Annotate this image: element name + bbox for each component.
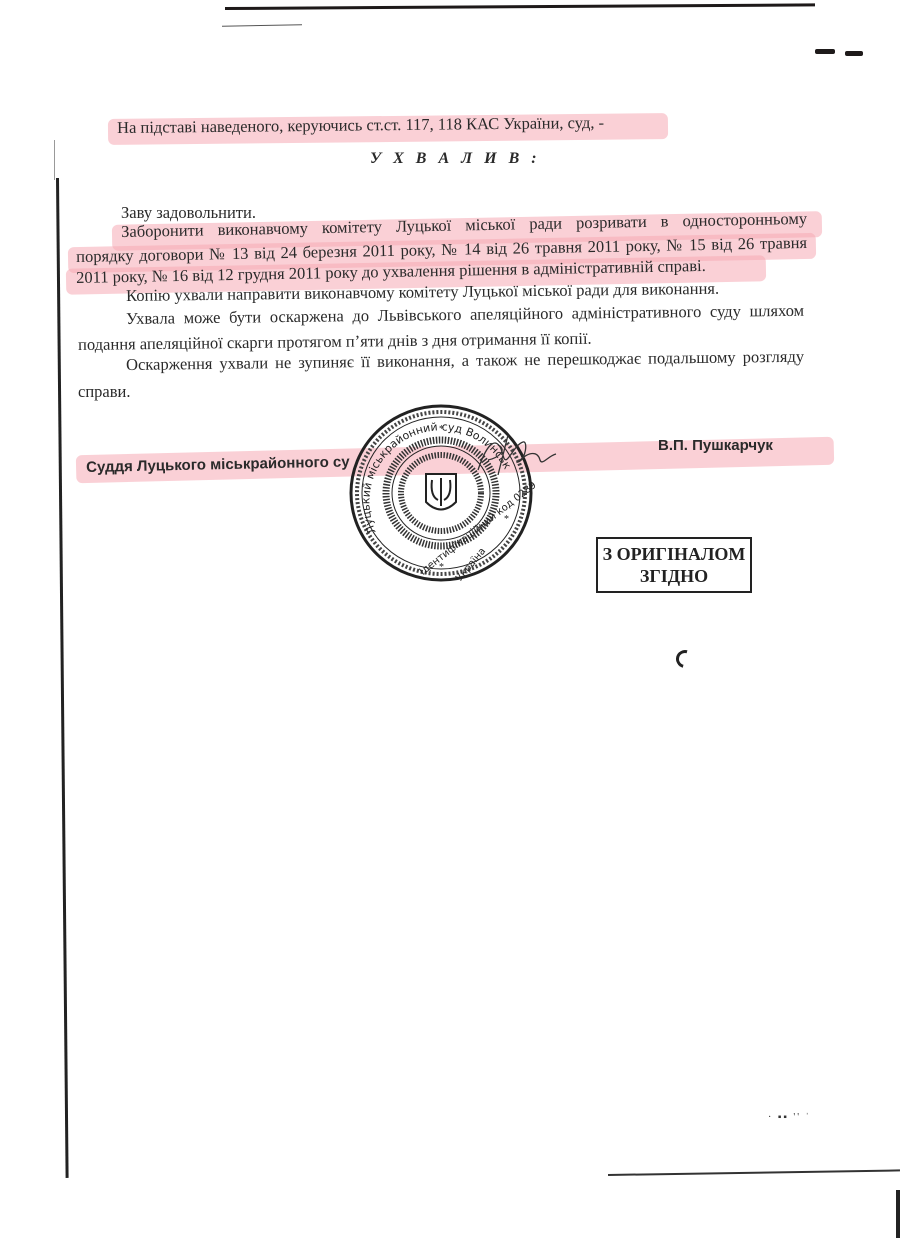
seal-country: Україна: [454, 546, 488, 584]
svg-text:*: *: [439, 562, 444, 573]
paragraph-5-line-2: справи.: [78, 382, 130, 402]
scan-specks: · ▪▪ '' ˈ: [768, 1112, 811, 1123]
svg-text:*: *: [439, 424, 444, 435]
scan-edge-top: [225, 3, 815, 10]
judge-name: В.П. Пушкарчук: [658, 436, 773, 456]
scan-mark: [845, 51, 863, 56]
certified-copy-stamp: З ОРИГІНАЛОМ ЗГІДНО: [596, 537, 752, 593]
svg-text:*: *: [504, 514, 509, 525]
scan-edge-top-left: [222, 24, 302, 26]
signature: [468, 430, 558, 480]
ink-blot: [673, 647, 698, 672]
scan-edge-left-faint: [54, 140, 55, 180]
stamp-line-2: ЗГІДНО: [598, 565, 750, 587]
decision-heading: У Х В А Л И В :: [370, 150, 541, 168]
scan-edge-bottom: [608, 1169, 900, 1176]
scan-edge-left: [56, 178, 69, 1178]
stamp-line-1: З ОРИГІНАЛОМ: [598, 543, 750, 565]
scan-mark: [815, 49, 835, 54]
scan-edge-right: [896, 1190, 900, 1238]
paragraph-4-line-1: Ухвала може бути оскаржена до Львівськог…: [126, 301, 804, 329]
